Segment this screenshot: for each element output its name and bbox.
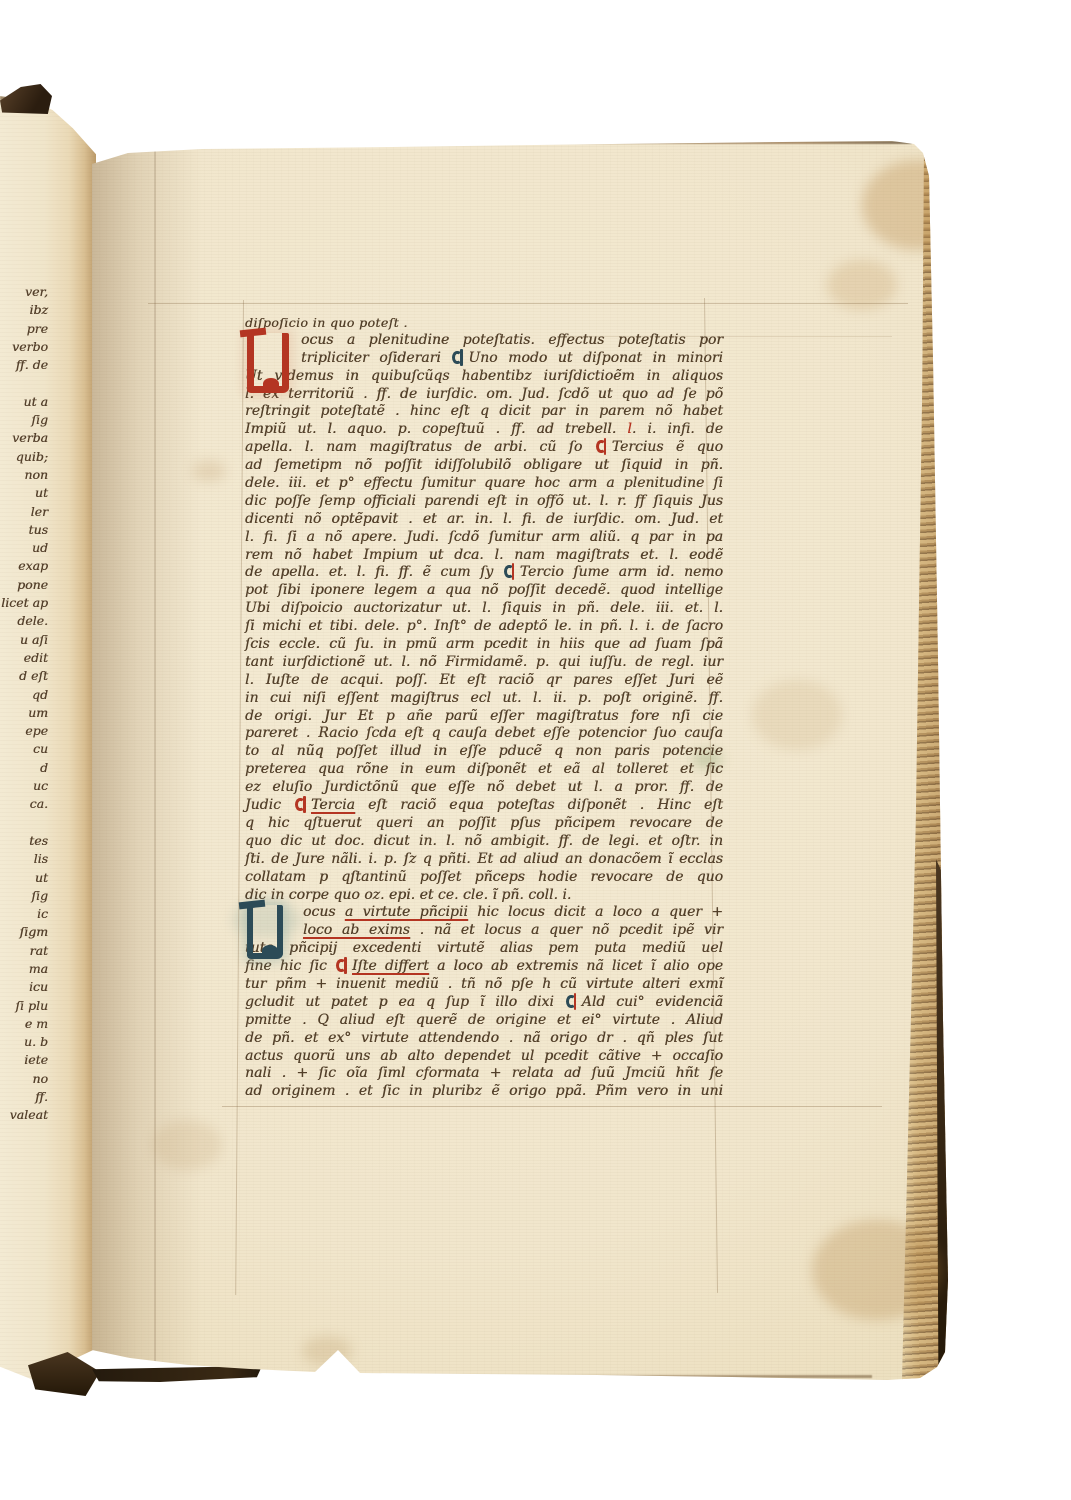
margin-fragment: ſigm [0, 923, 48, 941]
text-segment: eſt raciõ equa poteſtas diſponẽt . Hinc … [355, 797, 723, 813]
header-line: diſpoſicio in quo poteſt . [245, 314, 723, 332]
margin-fragment: ut [0, 869, 48, 887]
margin-fragment: u. b [0, 1033, 48, 1051]
text-segment: Uno modo ut diſponat in minori [468, 350, 723, 366]
stain [862, 160, 972, 250]
stain [752, 680, 842, 750]
text-line: de origi. Jur Et p añe parũ eſſer magiſt… [245, 708, 723, 726]
text-line: l. ex territoriũ . ff. de iurſdic. om. J… [245, 386, 723, 404]
text-segment: gcludit ut patet p ea q ſup ĩ illo dixi [245, 994, 565, 1010]
text-line: Ut videmus in quibuſcũqs habentibz iuriſ… [245, 368, 723, 386]
margin-fragment: qd [0, 686, 48, 704]
ruling-line-bottom [222, 1106, 882, 1107]
text-line: l. fi. ſi a nõ apere. Judi. ſcdõ ſumitur… [245, 529, 723, 547]
main-page: diſpoſicio in quo poteſt . ocus a plenit… [92, 140, 948, 1380]
page-top-edge [352, 141, 912, 144]
text-line: preterea qua rõne in eum diſponẽt et eã … [245, 761, 723, 779]
initial-glyph [247, 905, 283, 959]
text-line: tripliciter oſiderari Uno modo ut diſpon… [245, 350, 723, 368]
margin-fragment: icu [0, 978, 48, 996]
text-line: nali . + ſic oĩa ſiml cformata + relata … [245, 1065, 723, 1083]
paraph-mark-icon [566, 995, 578, 1008]
text-segment: Ut videmus in quibuſcũqs habentibz iuriſ… [245, 368, 723, 384]
text-segment: fine hic ſic [245, 958, 335, 974]
margin-fragment: tes [0, 832, 48, 850]
text-segment: dic poſſe ſemp officiali parendi eſt in … [245, 493, 723, 509]
margin-fragment: ſi plu [0, 997, 48, 1015]
text-line: dic in corpe quo oz. epi. et ce. cle. ĩ … [245, 887, 723, 905]
spine-fragment-top [0, 84, 52, 114]
text-line: tant iurſdictionẽ ut. l. nõ Firmidamẽ. p… [245, 654, 723, 672]
stain [812, 1220, 942, 1320]
text-line: Judic Tercia eſt raciõ equa poteſtas diſ… [245, 797, 723, 815]
margin-fragment: epe [0, 722, 48, 740]
text-segment: actus quorũ uns ab alto dependet ul pced… [245, 1048, 723, 1064]
text-segment: Tercio ſume arm id. nemo [520, 564, 723, 580]
text-segment: a virtute pñcipii [345, 904, 468, 920]
margin-fragment: pre [0, 320, 48, 338]
stain [192, 460, 226, 482]
margin-fragment: iete [0, 1051, 48, 1069]
text-segment: pot ſibi iponere legem a qua nõ poſſit d… [245, 582, 723, 598]
text-line: de apella. et. l. fi. ff. ẽ cum ſy Terci… [245, 564, 723, 582]
text-line: collatam p qſtantinũ poſſet pñceps hodie… [245, 869, 723, 887]
text-segment: ad ſemetipm nõ poſſit idiſſolubilõ oblig… [245, 457, 723, 473]
text-segment: q hic qſtuerut queri an poſſit pſus pñci… [245, 815, 723, 831]
margin-fragment: um [0, 704, 48, 722]
margin-fragment: ler [0, 503, 48, 521]
cover-edge-dark [936, 859, 948, 1380]
margin-fragment: ma [0, 960, 48, 978]
margin-fragment: ic [0, 905, 48, 923]
text-line: pareret . Racio ſcda eſt q cauſa debet e… [245, 725, 723, 743]
text-line: apella. l. nam magiſtratus de arbi. cũ ſ… [245, 439, 723, 457]
text-segment: Ubi diſpoicio auctorizatur ut. l. ſiquis… [245, 600, 723, 616]
initial-glyph [247, 333, 289, 393]
margin-fragment: verba [0, 429, 48, 447]
ruling-line-left [235, 300, 244, 1295]
text-line: pot ſibi iponere legem a qua nõ poſſit d… [245, 582, 723, 600]
text-segment: to al nũq poſſet illud in eſſe pducẽ q n… [245, 743, 723, 759]
text-line: actus quorũ uns ab alto dependet ul pced… [245, 1048, 723, 1066]
text-segment: ad originem . et ſic in pluribz ẽ origo … [245, 1083, 723, 1099]
margin-fragment: d [0, 759, 48, 777]
text-segment: tripliciter oſiderari [301, 350, 451, 366]
fore-edge-pages [902, 140, 948, 1380]
text-line: rem nõ habet Impium ut dca. l. nam magiſ… [245, 547, 723, 565]
margin-fragment [0, 814, 48, 832]
text-line: l. Iuſte de acqui. poſſ. Et eſt raciõ qr… [245, 672, 723, 690]
paragraphs: ocus a plenitudine poteſtatis. effectus … [245, 332, 723, 1101]
binding-bottom-sliver [92, 1366, 262, 1382]
text-line: in cui niſi eſſent magiſtrus ecl ut. l. … [245, 690, 723, 708]
text-segment: quo dic ut doc. dicut in. l. nõ ambigit.… [245, 833, 723, 849]
text-segment: ſcis eccle. cũ ſu. in pmũ arm pcedit in … [245, 636, 723, 652]
margin-fragment: non [0, 466, 48, 484]
text-segment: dic in corpe quo oz. epi. et ce. cle. ĩ … [245, 887, 571, 903]
text-line: dicenti nõ optẽpavit . et ar. in. l. fi.… [245, 511, 723, 529]
text-segment: a loco ab extremis nã licet ĩ alio ope [429, 958, 723, 974]
text-segment: ſi michi et tibi. dele. p°. Inſt° de ade… [245, 618, 723, 634]
text-segment: pareret . Racio ſcda eſt q cauſa debet e… [245, 725, 723, 741]
margin-fragment: dele. [0, 612, 48, 630]
margin-fragment: lis [0, 850, 48, 868]
text-segment: tur pñm + inuenit mediũ . tñ nõ pſe h cũ… [245, 976, 723, 992]
text-segment: reſtringit poteſtatẽ . hinc eſt q dicit … [245, 403, 723, 419]
margin-fragment: ſig [0, 411, 48, 429]
margin-fragment: ff. de [0, 356, 48, 374]
text-line: gcludit ut patet p ea q ſup ĩ illo dixi … [245, 994, 723, 1012]
illuminated-initial [245, 332, 301, 367]
margin-fragment: ut [0, 484, 48, 502]
stain [152, 1120, 222, 1170]
paraph-mark-icon [596, 440, 608, 453]
paraph-mark-icon [336, 959, 348, 972]
text-segment: de origi. Jur Et p añe parũ eſſer magiſt… [245, 708, 723, 724]
margin-fragment: tus [0, 521, 48, 539]
margin-fragment: u aſi [0, 631, 48, 649]
text-segment: Impiũ ut. l. aquo. p. copeſtuũ . ff. ad … [245, 421, 627, 437]
margin-fragment: valeat [0, 1106, 48, 1124]
text-line: ocus a virtute pñcipii hic locus dicit a… [245, 904, 723, 922]
text-line: tute pñcipij excedenti virtutẽ alias pem… [245, 940, 723, 958]
margin-fragment: pone [0, 576, 48, 594]
margin-fragment: ver, [0, 283, 48, 301]
text-segment: dele. iii. et p° effectu ſumitur quare h… [245, 475, 723, 491]
text-segment: in cui niſi eſſent magiſtrus ecl ut. l. … [245, 690, 723, 706]
text-segment: l. ex territoriũ . ff. de iurſdic. om. J… [245, 386, 723, 402]
text-segment: pmitte . Q aliud eſt querẽ de origine et… [245, 1012, 723, 1028]
text-line: ſcis eccle. cũ ſu. in pmũ arm pcedit in … [245, 636, 723, 654]
text-segment: Judic [245, 797, 294, 813]
margin-fragment: ibz [0, 301, 48, 319]
margin-fragment: quib; [0, 448, 48, 466]
text-line: ad ſemetipm nõ poſſit idiſſolubilõ oblig… [245, 457, 723, 475]
paragraph: ocus a virtute pñcipii hic locus dicit a… [245, 904, 723, 1101]
text-line: ſi michi et tibi. dele. p°. Inſt° de ade… [245, 618, 723, 636]
text-line: ocus a plenitudine poteſtatis. effectus … [245, 332, 723, 350]
text-segment: de pñ. et ex° virtute attendendo . nã or… [245, 1030, 723, 1046]
margin-fragment: ut a [0, 393, 48, 411]
text-segment: ſti. de Jure nãli. i. p. ſz q pñti. Et a… [245, 851, 723, 867]
text-segment: de apella. et. l. fi. ff. ẽ cum ſy [245, 564, 503, 580]
text-segment: . nã et locus a quer nõ pcedit ipẽ vir [410, 922, 723, 938]
text-line: pmitte . Q aliud eſt querẽ de origine et… [245, 1012, 723, 1030]
margin-fragment: ca. [0, 795, 48, 813]
text-segment: ocus a plenitudine poteſtatis. effectus … [301, 332, 723, 348]
text-line: reſtringit poteſtatẽ . hinc eſt q dicit … [245, 403, 723, 421]
text-line: fine hic ſic Iſte differt a loco ab extr… [245, 958, 723, 976]
margin-fragment: verbo [0, 338, 48, 356]
text-segment: nali . + ſic oĩa ſiml cformata + relata … [245, 1065, 723, 1081]
text-segment: tant iurſdictionẽ ut. l. nõ Firmidamẽ. p… [245, 654, 723, 670]
paraph-mark-icon [452, 351, 464, 364]
text-segment: l. fi. ſi a nõ apere. Judi. ſcdõ ſumitur… [245, 529, 723, 545]
text-segment: tute pñcipij excedenti virtutẽ alias pem… [245, 940, 723, 956]
paraph-mark-icon [295, 798, 307, 811]
margin-fragment: ſig [0, 887, 48, 905]
text-line: loco ab exims . nã et locus a quer nõ pc… [245, 922, 723, 940]
text-segment: ocus [303, 904, 345, 920]
margin-fragment: edit [0, 649, 48, 667]
paraph-mark-icon [504, 565, 516, 578]
margin-fragment: d eſt [0, 667, 48, 685]
text-segment: loco ab exims [303, 922, 410, 938]
paragraph: ocus a plenitudine poteſtatis. effectus … [245, 332, 723, 905]
gutter-shadow [92, 140, 202, 1380]
text-segment: rem nõ habet Impium ut dca. l. nam magiſ… [245, 547, 723, 563]
text-line: to al nũq poſſet illud in eſſe pducẽ q n… [245, 743, 723, 761]
margin-fragment: uc [0, 777, 48, 795]
text-line: ſti. de Jure nãli. i. p. ſz q pñti. Et a… [245, 851, 723, 869]
text-line: de pñ. et ex° virtute attendendo . nã or… [245, 1030, 723, 1048]
gutter-crease [154, 140, 156, 1380]
text-line: dele. iii. et p° effectu ſumitur quare h… [245, 475, 723, 493]
text-line: q hic qſtuerut queri an poſſit pſus pñci… [245, 815, 723, 833]
margin-fragment [0, 374, 48, 392]
text-segment: . i. infi. de [632, 421, 723, 437]
text-segment: l. Iuſte de acqui. poſſ. Et eſt raciõ qr… [245, 672, 723, 688]
text-segment: hic locus dicit a loco a quer + [468, 904, 723, 920]
text-segment: Tercius ẽ quo [612, 439, 723, 455]
text-segment: Ald cui° evidenciã [582, 994, 723, 1010]
margin-fragments: ver,ibzpreverboff. de ut aſigverbaquib;n… [0, 283, 48, 1125]
text-segment: collatam p qſtantinũ poſſet pñceps hodie… [245, 869, 723, 885]
text-line: quo dic ut doc. dicut in. l. nõ ambigit.… [245, 833, 723, 851]
margin-fragment: cu [0, 740, 48, 758]
left-page: ver,ibzpreverboff. de ut aſigverbaquib;n… [0, 96, 96, 1390]
text-segment: dicenti nõ optẽpavit . et ar. in. l. fi.… [245, 511, 723, 527]
margin-fragment: exap [0, 557, 48, 575]
margin-fragment: ud [0, 539, 48, 557]
margin-fragment: no [0, 1070, 48, 1088]
illuminated-initial [245, 904, 303, 939]
stain [302, 1336, 352, 1366]
ruling-line-top [148, 303, 908, 304]
stain [827, 260, 897, 310]
text-segment: preterea qua rõne in eum diſponẽt et eã … [245, 761, 723, 777]
margin-fragment: licet ap [0, 594, 48, 612]
margin-fragment: e m [0, 1015, 48, 1033]
text-line: tur pñm + inuenit mediũ . tñ nõ pſe h cũ… [245, 976, 723, 994]
text-segment: ez eluſio Jurdictõnũ que eſſe nõ debet u… [245, 779, 723, 795]
text-segment: Tercia [311, 797, 355, 813]
text-segment: apella. l. nam magiſtratus de arbi. cũ ſ… [245, 439, 595, 455]
text-line: ad originem . et ſic in pluribz ẽ origo … [245, 1083, 723, 1101]
text-block: diſpoſicio in quo poteſt . ocus a plenit… [245, 314, 723, 1101]
text-line: ez eluſio Jurdictõnũ que eſſe nõ debet u… [245, 779, 723, 797]
margin-fragment: ff. [0, 1088, 48, 1106]
photo-background: ver,ibzpreverboff. de ut aſigverbaquib;n… [0, 0, 1071, 1500]
text-line: Impiũ ut. l. aquo. p. copeſtuũ . ff. ad … [245, 421, 723, 439]
text-line: dic poſſe ſemp officiali parendi eſt in … [245, 493, 723, 511]
margin-fragment: rat [0, 942, 48, 960]
text-line: Ubi diſpoicio auctorizatur ut. l. ſiquis… [245, 600, 723, 618]
text-segment: Iſte differt [352, 958, 429, 974]
